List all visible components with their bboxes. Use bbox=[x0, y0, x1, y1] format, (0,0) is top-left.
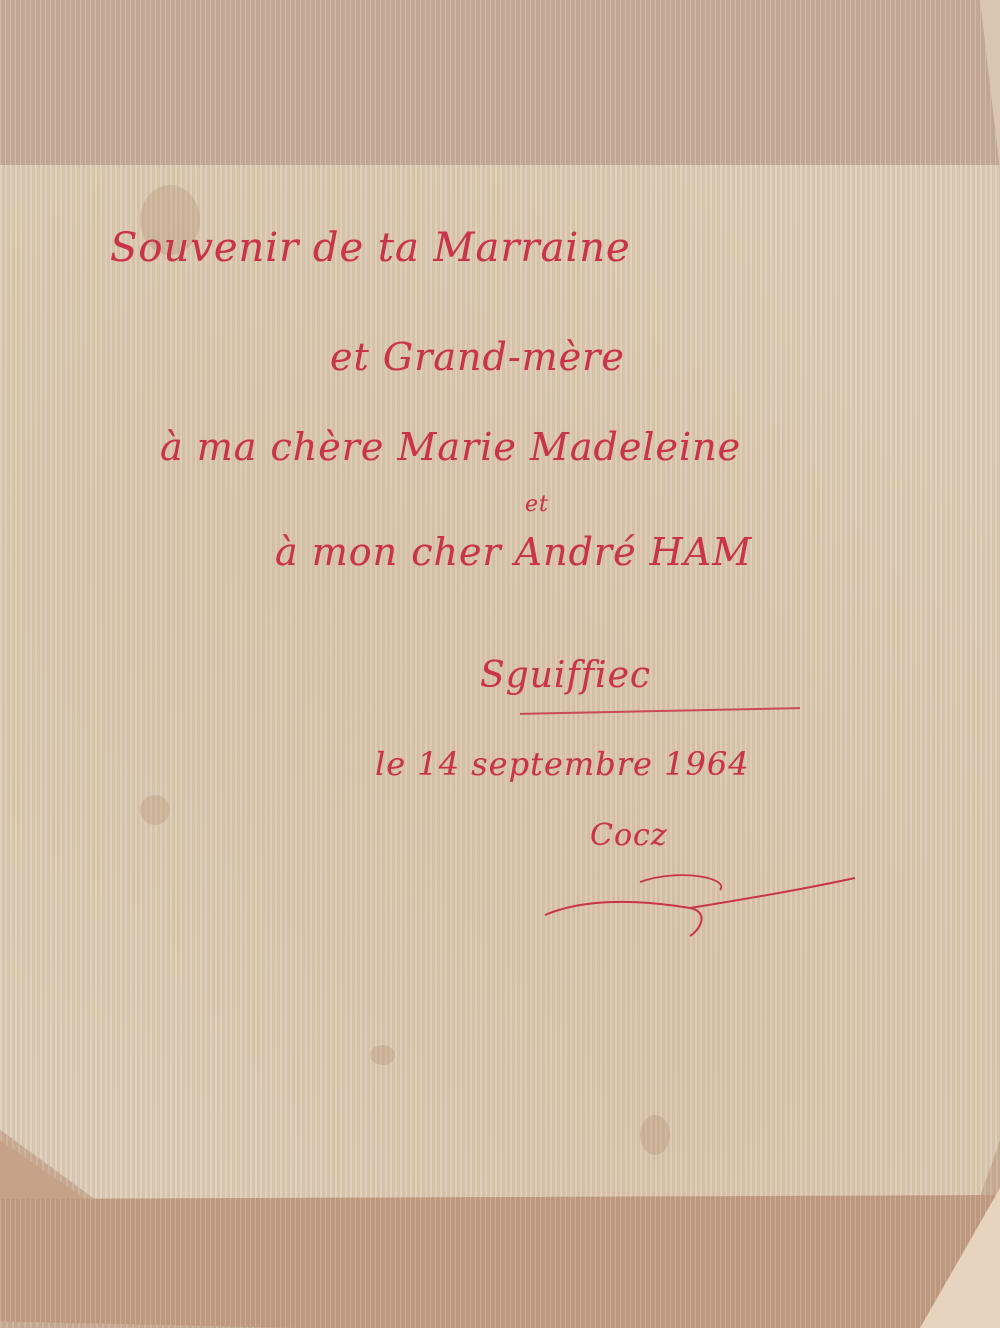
signature-flourish bbox=[540, 870, 860, 940]
top-frame-edge bbox=[0, 0, 1000, 165]
inscription-place: Sguiffiec bbox=[480, 655, 651, 696]
stain bbox=[140, 795, 170, 825]
stain bbox=[640, 1115, 670, 1155]
inscription-line-3: à ma chère Marie Madeleine bbox=[160, 425, 741, 469]
inscription-date: le 14 septembre 1964 bbox=[375, 745, 750, 783]
stain bbox=[370, 1045, 395, 1065]
bottom-frame-edge bbox=[0, 1195, 1000, 1328]
inscription-signature: Cocz bbox=[590, 818, 668, 853]
inscription-line-5: à mon cher André HAM bbox=[275, 530, 752, 574]
inscription-line-4: et bbox=[525, 492, 549, 517]
inscription-line-2: et Grand-mère bbox=[330, 335, 625, 379]
inscription-line-1: Souvenir de ta Marraine bbox=[110, 225, 631, 271]
